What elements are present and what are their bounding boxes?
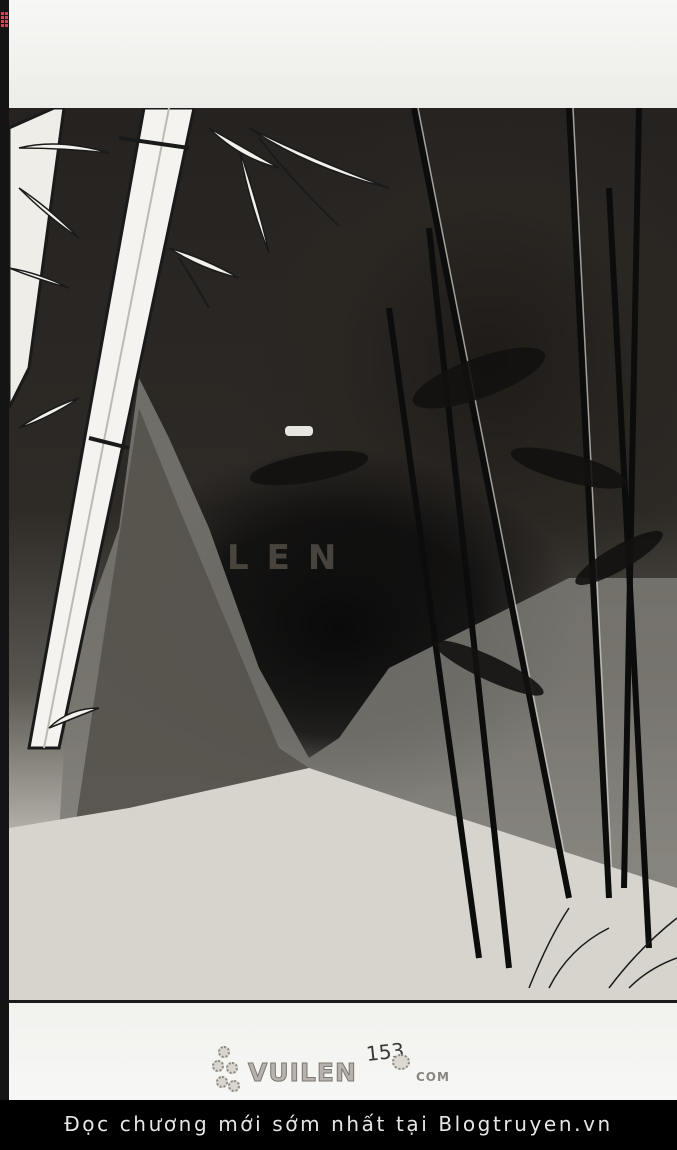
promo-footer-bar[interactable]: Đọc chương mới sớm nhất tại Blogtruyen.v… (0, 1100, 677, 1150)
left-edge-strip (0, 0, 9, 1100)
logo-brand: VUILEN (248, 1058, 357, 1087)
grid-icon[interactable] (1, 12, 9, 28)
flower-ornament-icon (212, 1046, 244, 1096)
logo-suffix: COM (416, 1070, 450, 1084)
manga-page-viewer[interactable]: LEN VUILEN 153 COM (0, 0, 677, 1100)
small-flower-icon (392, 1054, 410, 1070)
scan-group-logo: VUILEN 153 COM (212, 1040, 472, 1096)
panel-watermark: LEN (227, 538, 354, 578)
page-top-margin (9, 0, 677, 108)
bamboo-forest-panel: LEN (9, 108, 677, 1003)
manga-page: LEN (9, 0, 677, 1100)
promo-text[interactable]: Đọc chương mới sớm nhất tại Blogtruyen.v… (0, 1112, 677, 1136)
